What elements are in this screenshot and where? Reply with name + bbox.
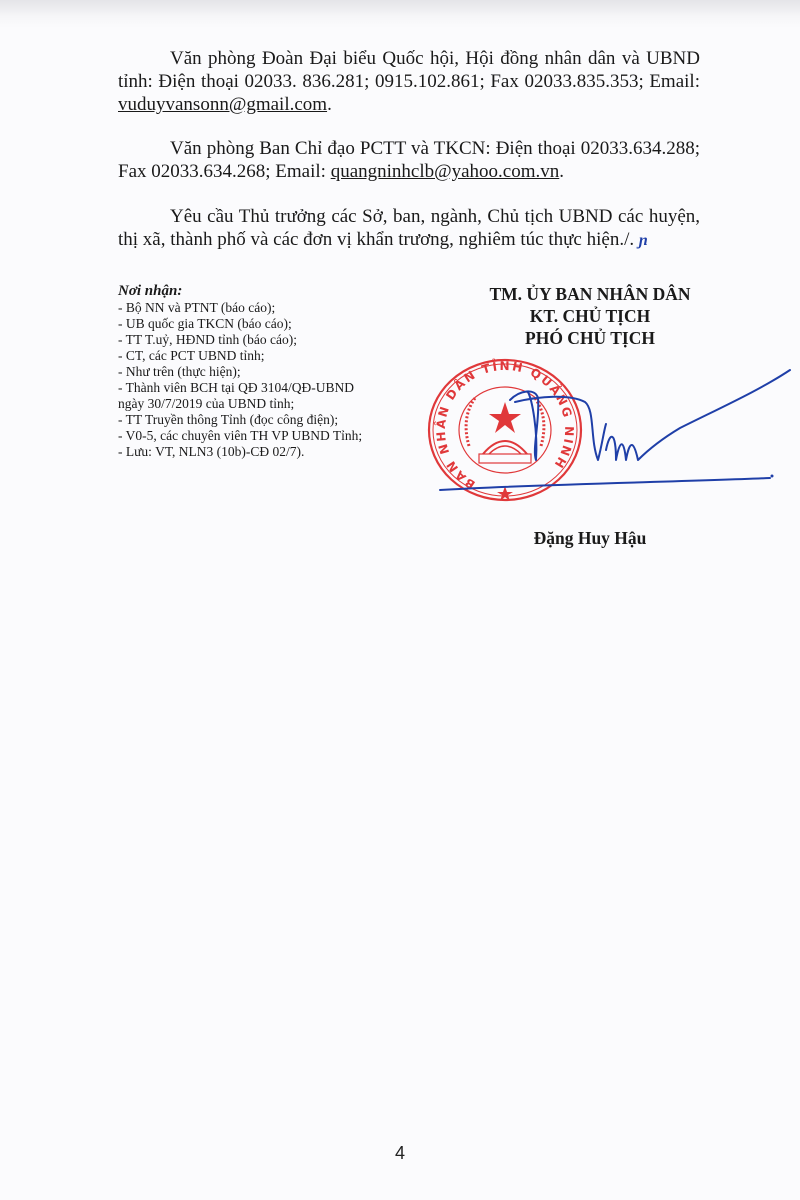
handwritten-signature-icon bbox=[420, 360, 800, 505]
email-link-quangninhclb[interactable]: quangninhclb@yahoo.com.vn bbox=[331, 161, 560, 182]
signature-line-2: KT. CHỦ TỊCH bbox=[440, 305, 740, 327]
handwritten-initials: ɲ bbox=[639, 232, 648, 249]
recipient-item: - UB quốc gia TKCN (báo cáo); bbox=[118, 316, 418, 332]
recipient-item: - Thành viên BCH tại QĐ 3104/QĐ-UBND bbox=[118, 380, 418, 396]
recipient-item: - CT, các PCT UBND tỉnh; bbox=[118, 348, 418, 364]
recipient-item: - Lưu: VT, NLN3 (10b)-CĐ 02/7). bbox=[118, 444, 418, 460]
recipient-item: - V0-5, các chuyên viên TH VP UBND Tỉnh; bbox=[118, 428, 418, 444]
recipients-items: - Bộ NN và PTNT (báo cáo);- UB quốc gia … bbox=[118, 300, 418, 460]
page-number: 4 bbox=[0, 1143, 800, 1164]
scan-edge-shadow bbox=[0, 0, 800, 28]
signer-name: Đặng Huy Hậu bbox=[440, 528, 740, 549]
recipient-item: ngày 30/7/2019 của UBND tỉnh; bbox=[118, 396, 418, 412]
recipients-list: Nơi nhận: - Bộ NN và PTNT (báo cáo);- UB… bbox=[118, 283, 418, 460]
recipient-item: - TT T.uỷ, HĐND tỉnh (báo cáo); bbox=[118, 332, 418, 348]
email-link-vuduyvansonn[interactable]: vuduyvansonn@gmail.com bbox=[118, 94, 327, 115]
recipients-title: Nơi nhận: bbox=[118, 283, 418, 299]
paragraph-request: Yêu cầu Thủ trưởng các Sở, ban, ngành, C… bbox=[118, 205, 700, 252]
paragraph-pctt-office: Văn phòng Ban Chỉ đạo PCTT và TKCN: Điện… bbox=[118, 137, 700, 183]
signature-block-heading: TM. ỦY BAN NHÂN DÂN KT. CHỦ TỊCH PHÓ CHỦ… bbox=[440, 283, 740, 349]
recipient-item: - Bộ NN và PTNT (báo cáo); bbox=[118, 300, 418, 316]
recipient-item: - TT Truyền thông Tỉnh (đọc công điện); bbox=[118, 412, 418, 428]
recipient-item: - Như trên (thực hiện); bbox=[118, 364, 418, 380]
signature-line-3: PHÓ CHỦ TỊCH bbox=[440, 327, 740, 349]
paragraph-national-assembly-office: Văn phòng Đoàn Đại biểu Quốc hội, Hội đồ… bbox=[118, 47, 700, 116]
signature-line-1: TM. ỦY BAN NHÂN DÂN bbox=[440, 283, 740, 305]
